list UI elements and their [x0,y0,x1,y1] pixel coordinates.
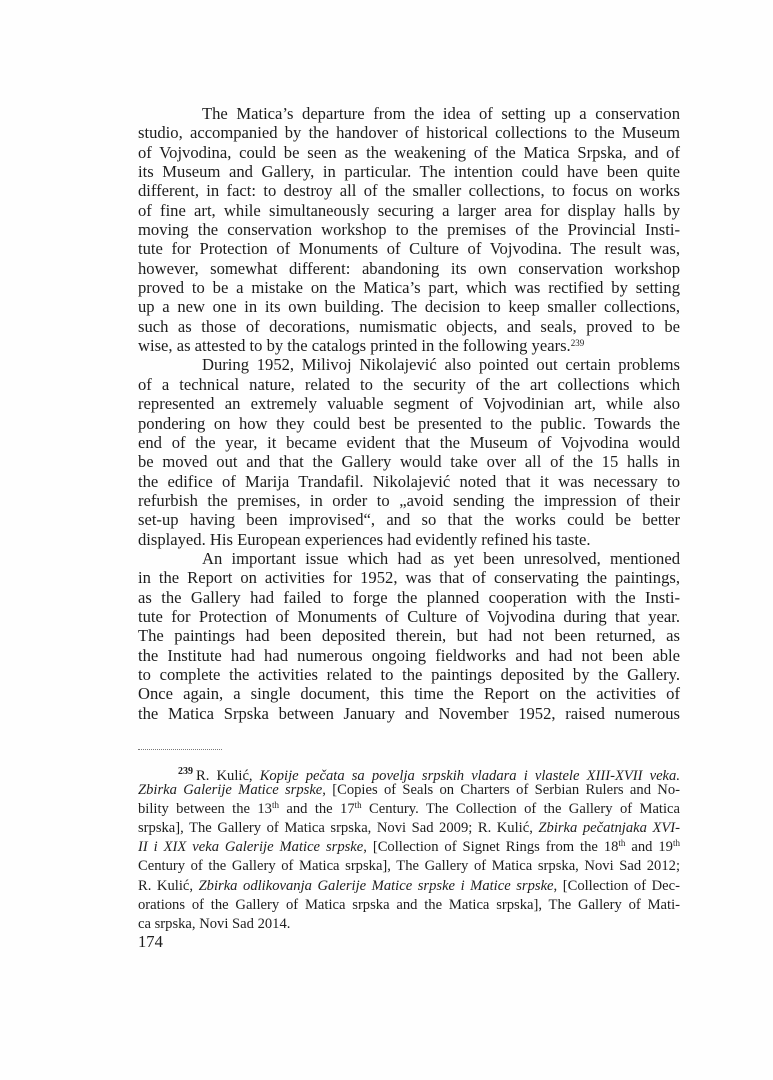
footnote-line: ca srpska, Novi Sad 2014. [138,915,680,934]
footnote-title: Zbirka odlikovanja Galerije Matice srpsk… [199,878,554,894]
text-line: of Vojvodina, could be seen as the weake… [138,143,680,162]
footnote-text: , [Collection of Dec- [554,878,680,894]
footnote-line: srpska], The Gallery of Matica srpska, N… [138,819,680,838]
text-line: in the Report on activities for 1952, wa… [138,568,680,587]
footnote-line: II i XIX veka Galerije Matice srpske, [C… [138,838,680,857]
footnote-line: bility between the 13th and the 17th Cen… [138,800,680,819]
text-line: studio, accompanied by the handover of h… [138,123,680,142]
body-text: The Matica’s departure from the idea of … [138,104,680,723]
text-line: The Matica’s departure from the idea of … [138,104,680,123]
paragraph-2: During 1952, Milivoj Nikolajević also po… [138,355,680,548]
text-line: Once again, a single document, this time… [138,684,680,703]
text-line: tute for Protection of Monuments of Cult… [138,239,680,258]
text-line: the edifice of Marija Trandafil. Nikolaj… [138,472,680,491]
footnote-text: , [Collection of Signet Rings from the 1… [363,839,618,855]
footnote-line: Century of the Gallery of Matica srpska]… [138,857,680,876]
text-line: tute for Protection of Monuments of Cult… [138,607,680,626]
text-line: wise, as attested to by the catalogs pri… [138,336,680,355]
footnote-text: and the 17 [279,801,355,817]
text-line: the Institute had had numerous ongoing f… [138,646,680,665]
ordinal-suffix: th [355,800,362,810]
ordinal-suffix: th [272,800,279,810]
footnote-number: 239 [178,766,193,777]
footnote-separator [138,749,222,750]
paragraph-3: An important issue which had as yet been… [138,549,680,723]
text-line: different, in fact: to destroy all of th… [138,181,680,200]
text-line: however, somewhat different: abandoning … [138,259,680,278]
text-line-content: wise, as attested to by the catalogs pri… [138,336,571,355]
text-line: set-up having been improvised“, and so t… [138,510,680,529]
text-line: refurbish the premises, in order to „avo… [138,491,680,510]
footnote-title: Zbirka Galerije Matice srpske [138,782,322,798]
text-line: moving the conservation workshop to the … [138,220,680,239]
footnote-text: , [Copies of Seals on Charters of Serbia… [322,782,680,798]
text-line: represented an extremely valuable segmen… [138,394,680,413]
text-line: the Matica Srpska between January and No… [138,704,680,723]
document-page: The Matica’s departure from the idea of … [0,0,773,1080]
text-line: as the Gallery had failed to forge the p… [138,588,680,607]
paragraph-1: The Matica’s departure from the idea of … [138,104,680,355]
footnote-line: Zbirka Galerije Matice srpske, [Copies o… [138,781,680,800]
footnote-text: bility between the 13 [138,801,272,817]
footnote-239: 239R. Kulić, Kopije pečata sa povelja sr… [138,762,680,934]
footnote-text: R. Kulić, [138,878,199,894]
text-line: pondering on how they could best be pres… [138,414,680,433]
footnote-line: 239R. Kulić, Kopije pečata sa povelja sr… [138,762,680,781]
footnote-title: II i XIX veka Galerije Matice srpske [138,839,363,855]
page-number: 174 [138,932,163,952]
footnote-line: orations of the Gallery of Matica srpska… [138,896,680,915]
text-line: to complete the activities related to th… [138,665,680,684]
text-line: be moved out and that the Gallery would … [138,452,680,471]
text-line: of a technical nature, related to the se… [138,375,680,394]
footnote-title: Zbirka pečatnjaka XVI- [538,820,680,836]
text-line: During 1952, Milivoj Nikolajević also po… [138,355,680,374]
footnote-text: Century. The Collection of the Gallery o… [362,801,680,817]
text-line: its Museum and Gallery, in particular. T… [138,162,680,181]
text-line: such as those of decorations, numismatic… [138,317,680,336]
footnote-text: srpska], The Gallery of Matica srpska, N… [138,820,538,836]
text-line: of fine art, while simultaneously securi… [138,201,680,220]
text-line: displayed. His European experiences had … [138,530,680,549]
text-line: up a new one in its own building. The de… [138,297,680,316]
footnote-line: R. Kulić, Zbirka odlikovanja Galerije Ma… [138,877,680,896]
ordinal-suffix: th [673,838,680,848]
text-line: The paintings had been deposited therein… [138,626,680,645]
text-line: An important issue which had as yet been… [138,549,680,568]
footnote-reference[interactable]: 239 [571,338,585,348]
footnote-text: and 19 [625,839,673,855]
text-line: proved to be a mistake on the Matica’s p… [138,278,680,297]
text-line: end of the year, it became evident that … [138,433,680,452]
